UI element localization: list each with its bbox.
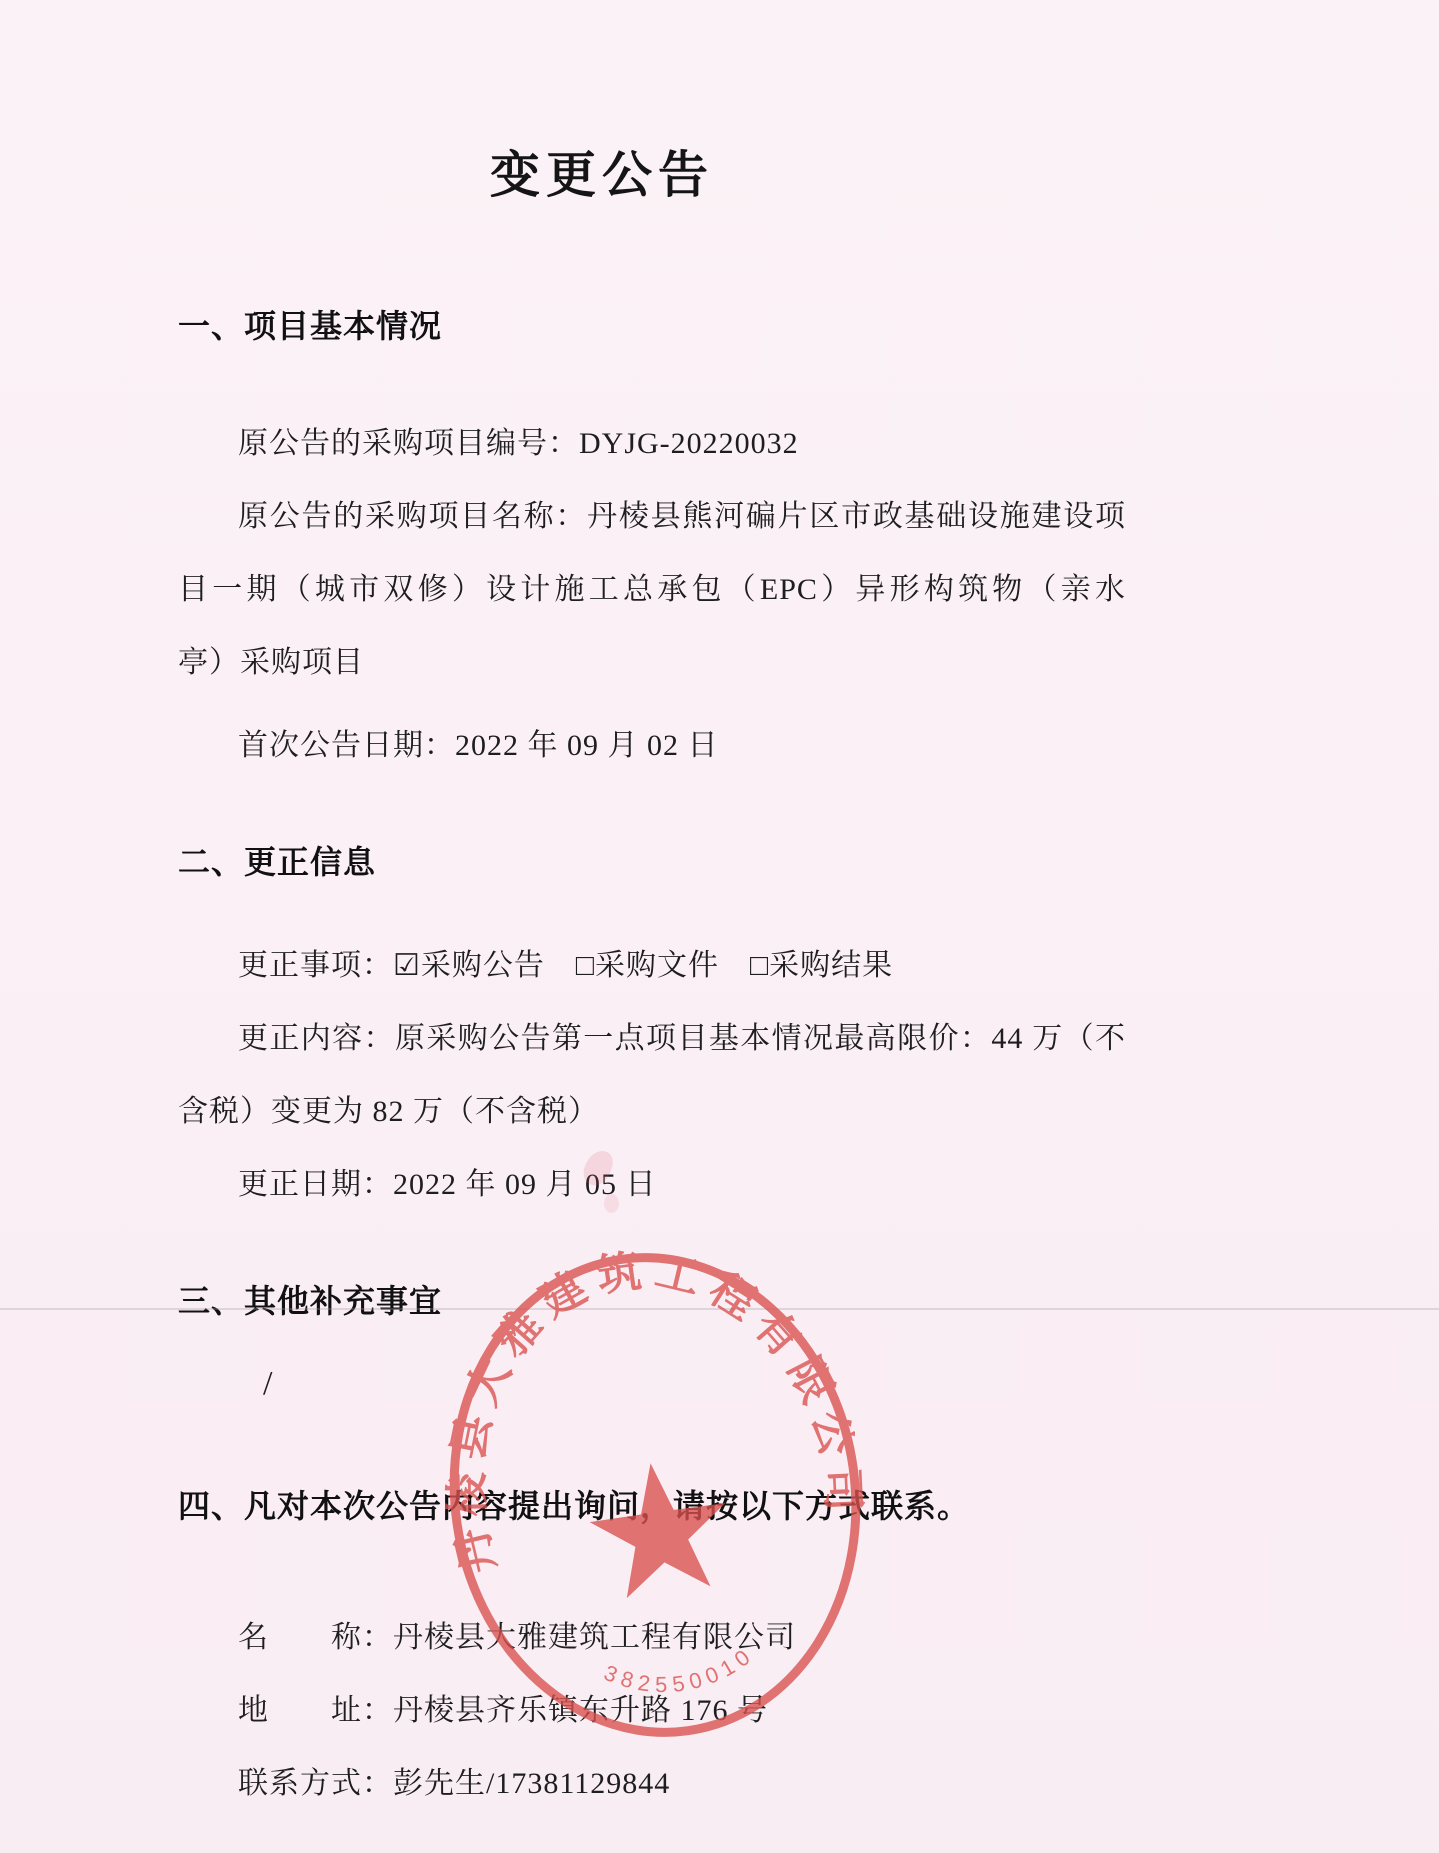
body-line: 更正事项：☑采购公告 □采购文件 □采购结果 bbox=[178, 929, 1126, 1002]
paragraph: 名 称：丹棱县大雅建筑工程有限公司 bbox=[178, 1601, 1126, 1674]
body-line: 原公告的采购项目编号：DYJG-20220032 bbox=[178, 407, 1126, 480]
paragraph: 更正日期：2022 年 09 月 05 日 bbox=[178, 1148, 1126, 1221]
paragraph: 原公告的采购项目编号：DYJG-20220032 bbox=[178, 407, 1126, 480]
body-line: / bbox=[178, 1347, 1126, 1420]
section-3: 三、其他补充事宜/ bbox=[178, 1278, 1126, 1420]
section-4: 四、凡对本次公告内容提出询问，请按以下方式联系。名 称：丹棱县大雅建筑工程有限公… bbox=[178, 1483, 1126, 1820]
body-line: 首次公告日期：2022 年 09 月 02 日 bbox=[178, 709, 1126, 782]
body-line: 亭）采购项目 bbox=[178, 626, 1126, 699]
body-line: 目一期（城市双修）设计施工总承包（EPC）异形构筑物（亲水 bbox=[178, 553, 1126, 626]
paragraph: 原公告的采购项目名称：丹棱县熊河碥片区市政基础设施建设项目一期（城市双修）设计施… bbox=[178, 480, 1126, 699]
body-line: 名 称：丹棱县大雅建筑工程有限公司 bbox=[178, 1601, 1126, 1674]
section-1: 一、项目基本情况原公告的采购项目编号：DYJG-20220032原公告的采购项目… bbox=[178, 303, 1126, 782]
paragraph: 更正内容：原采购公告第一点项目基本情况最高限价：44 万（不含税）变更为 82 … bbox=[178, 1002, 1126, 1148]
document-body: 一、项目基本情况原公告的采购项目编号：DYJG-20220032原公告的采购项目… bbox=[178, 303, 1126, 1820]
section-heading: 一、项目基本情况 bbox=[178, 303, 1126, 349]
section-heading: 四、凡对本次公告内容提出询问，请按以下方式联系。 bbox=[178, 1483, 1126, 1529]
scan-artifact-line bbox=[0, 1308, 1439, 1310]
body-line: 地 址：丹棱县齐乐镇东升路 176 号 bbox=[178, 1674, 1126, 1747]
document-page: 变更公告 一、项目基本情况原公告的采购项目编号：DYJG-20220032原公告… bbox=[0, 0, 1439, 1853]
section-heading: 三、其他补充事宜 bbox=[178, 1278, 1126, 1324]
section-heading: 二、更正信息 bbox=[178, 839, 1126, 885]
paragraph: 首次公告日期：2022 年 09 月 02 日 bbox=[178, 709, 1126, 782]
body-line: 原公告的采购项目名称：丹棱县熊河碥片区市政基础设施建设项 bbox=[178, 480, 1126, 553]
paragraph: 联系方式：彭先生/17381129844 bbox=[178, 1747, 1126, 1820]
section-2: 二、更正信息更正事项：☑采购公告 □采购文件 □采购结果更正内容：原采购公告第一… bbox=[178, 839, 1126, 1221]
paragraph: / bbox=[178, 1347, 1126, 1420]
body-line: 更正日期：2022 年 09 月 05 日 bbox=[178, 1148, 1126, 1221]
body-line: 联系方式：彭先生/17381129844 bbox=[178, 1747, 1126, 1820]
document-content: 变更公告 一、项目基本情况原公告的采购项目编号：DYJG-20220032原公告… bbox=[178, 0, 1126, 1820]
document-title: 变更公告 bbox=[178, 140, 1126, 210]
body-line: 更正内容：原采购公告第一点项目基本情况最高限价：44 万（不 bbox=[178, 1002, 1126, 1075]
body-line: 含税）变更为 82 万（不含税） bbox=[178, 1075, 1126, 1148]
paragraph: 地 址：丹棱县齐乐镇东升路 176 号 bbox=[178, 1674, 1126, 1747]
paragraph: 更正事项：☑采购公告 □采购文件 □采购结果 bbox=[178, 929, 1126, 1002]
